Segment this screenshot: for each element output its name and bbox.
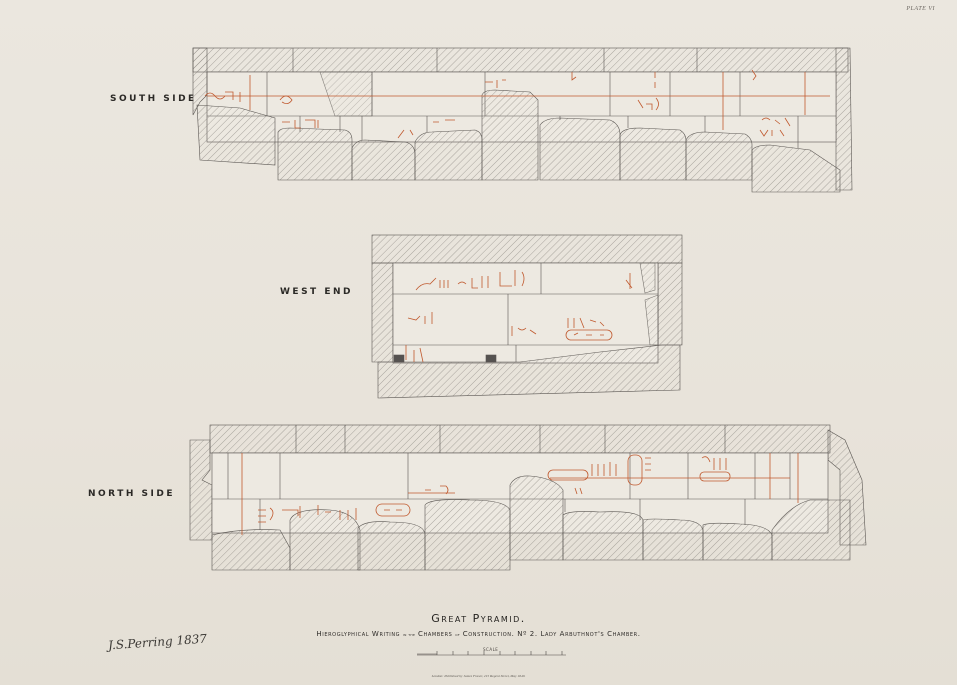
subtitle-part-2: Chambers — [418, 630, 452, 638]
publisher-imprint: London: Published by James Fraser, 215 R… — [0, 674, 957, 678]
chamber-drawings — [0, 0, 957, 685]
plate-title: Great Pyramid. — [0, 612, 957, 625]
subtitle-part-1: Hieroglyphical Writing — [316, 630, 400, 638]
north-side-drawing — [190, 425, 866, 570]
scale-label: SCALE — [483, 647, 498, 652]
subtitle-small-1: in the — [403, 632, 415, 637]
plate-sheet: PLATE VI SOUTH SIDE WEST END NORTH SIDE — [0, 0, 957, 685]
subtitle-small-2: of — [455, 632, 460, 637]
subtitle-part-3: Construction. Nº 2. Lady Arbuthnot's Cha… — [463, 630, 641, 638]
south-side-drawing — [193, 48, 852, 192]
west-end-drawing — [372, 235, 682, 398]
